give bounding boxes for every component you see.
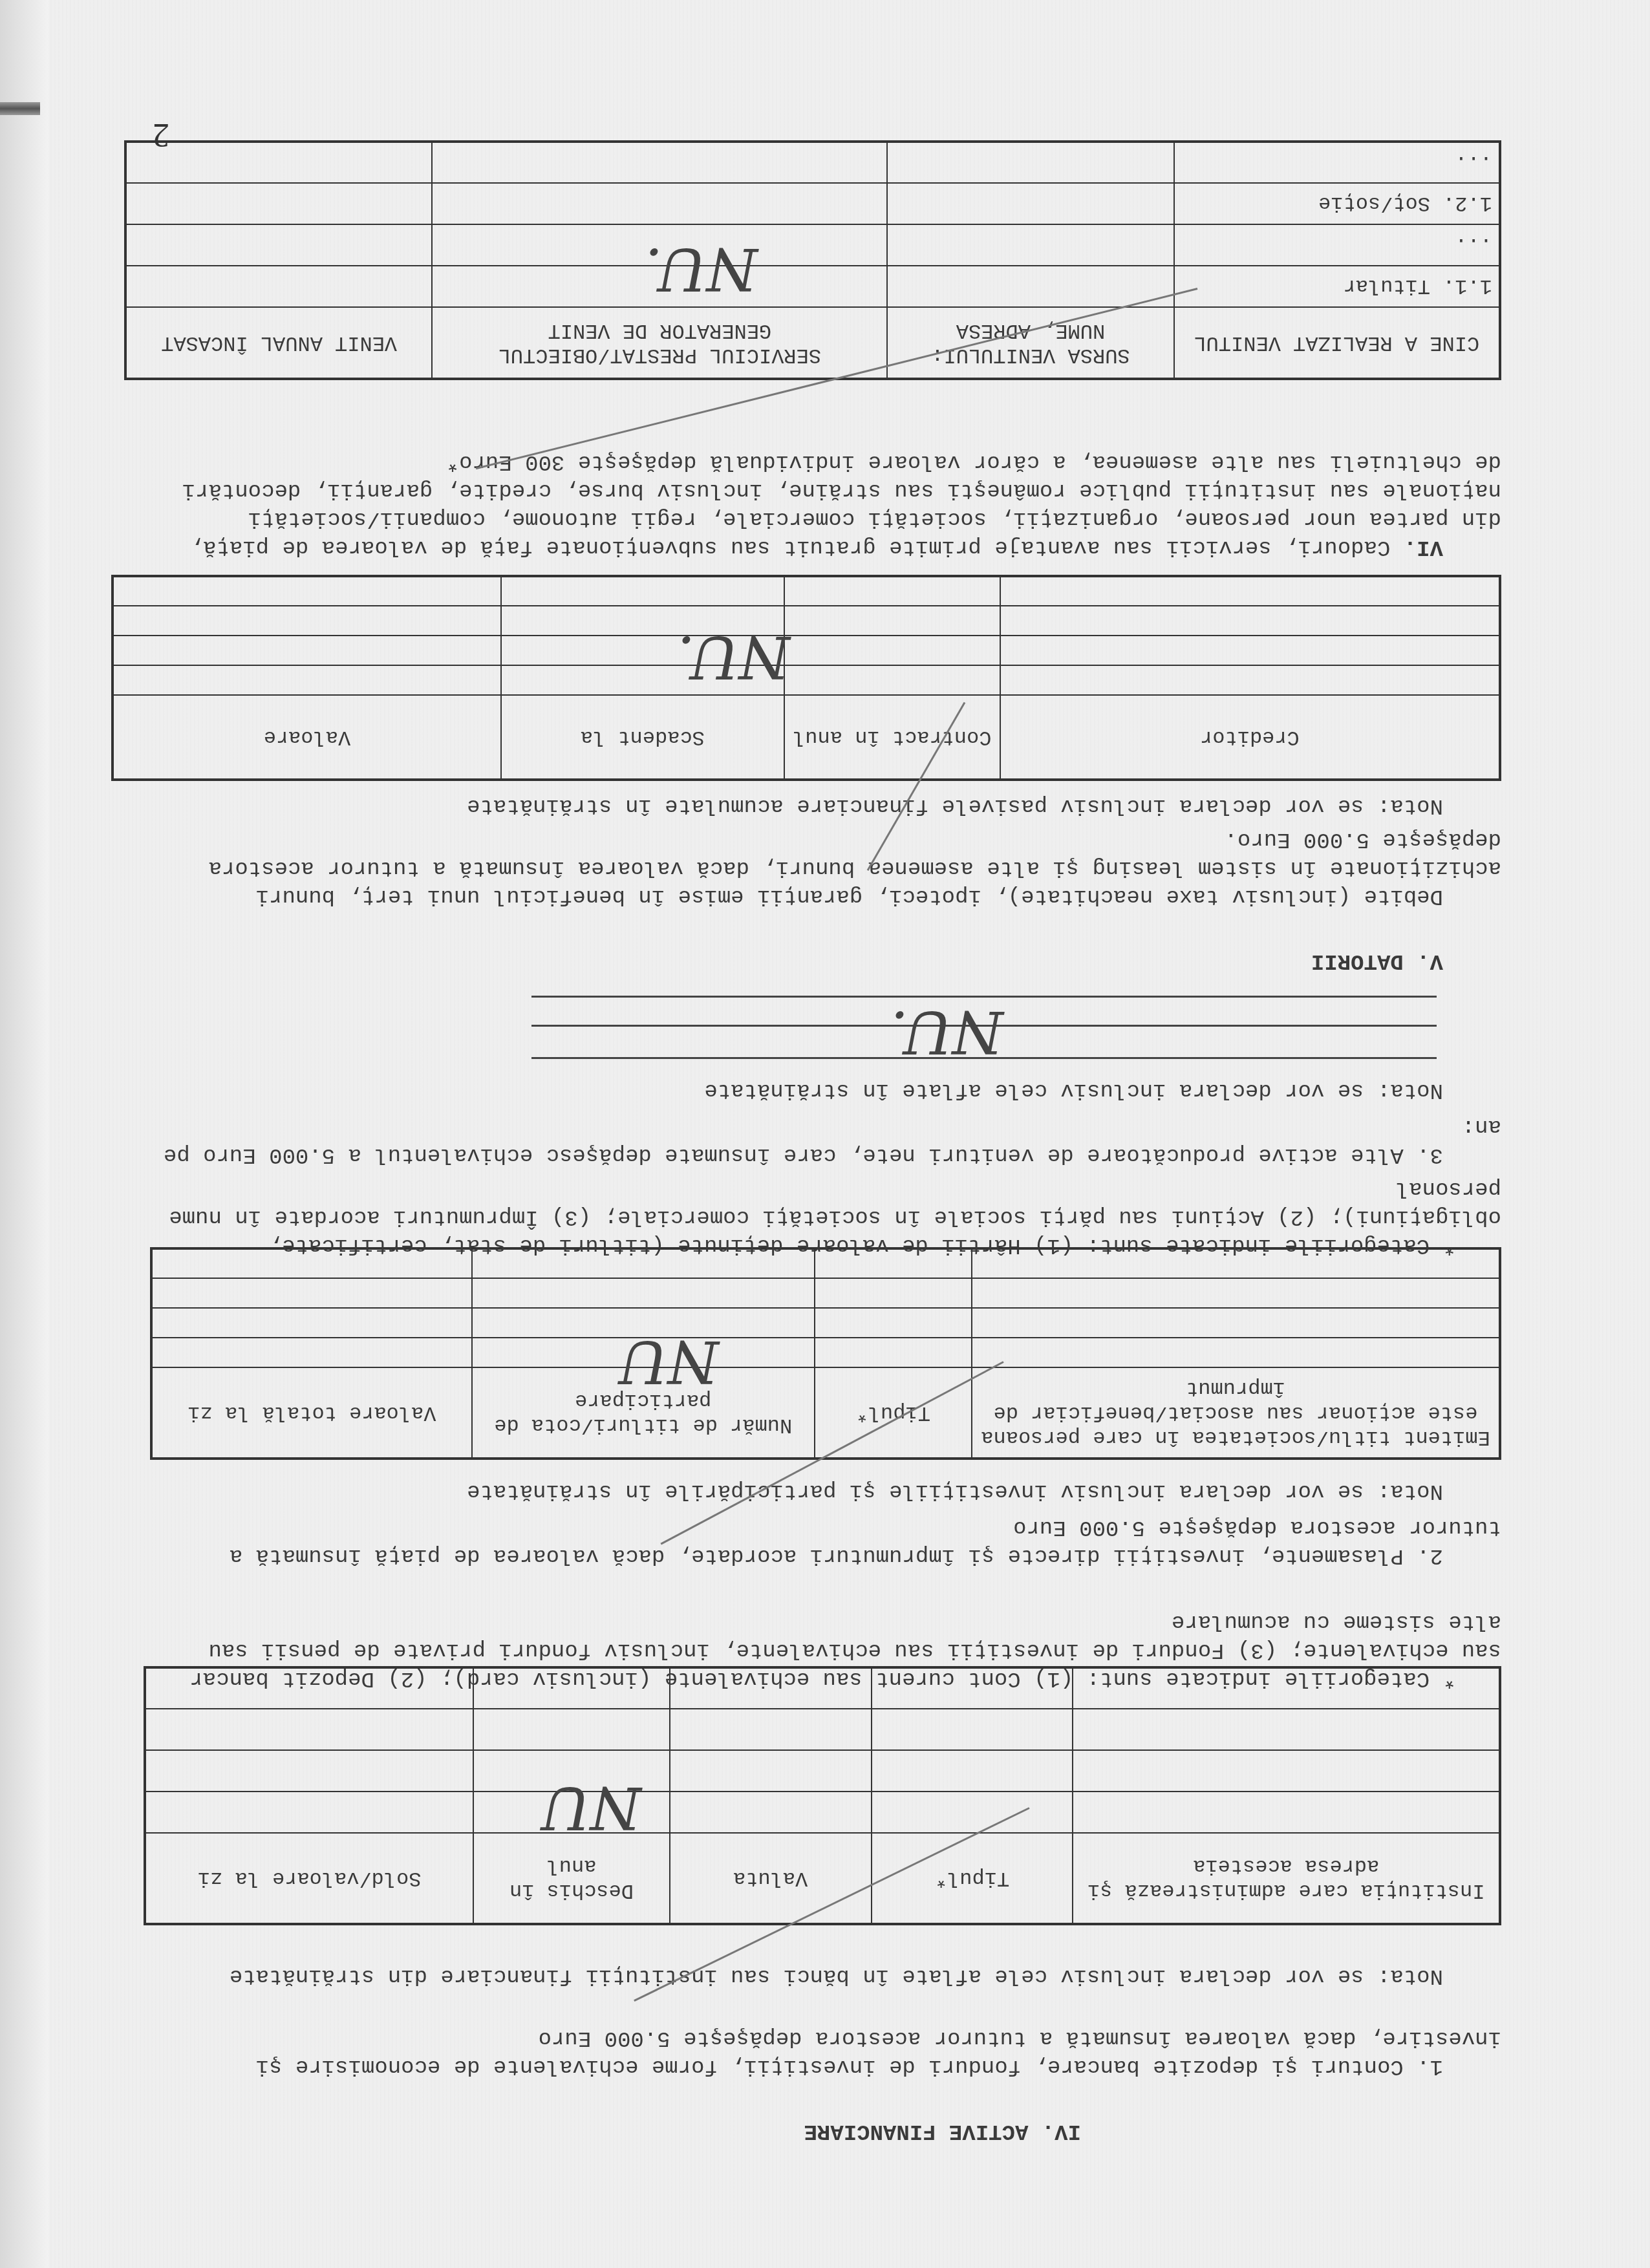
- table-row: ...: [125, 142, 1500, 183]
- cell[interactable]: [125, 183, 432, 224]
- page-number: 2: [153, 116, 169, 154]
- section-vi-title: VI.: [1404, 535, 1443, 559]
- cell[interactable]: [112, 636, 501, 665]
- col-header: Sold/valoare la zi: [145, 1833, 473, 1924]
- cell[interactable]: [1000, 636, 1500, 665]
- table-header-row: CINE A REALIZAT VENITUL SURSA VENITULUI:…: [125, 307, 1500, 379]
- handwritten-nu: NU.: [677, 623, 790, 690]
- cell[interactable]: [145, 1750, 473, 1792]
- row-label: ...: [1174, 142, 1500, 183]
- section-iv-item1-note: Nota: se vor declara inclusiv cele aflat…: [144, 1962, 1501, 1990]
- cell[interactable]: [670, 1709, 872, 1750]
- col-header: Valoare totală la zi: [151, 1367, 472, 1459]
- cell[interactable]: [784, 665, 1000, 695]
- cell[interactable]: [125, 224, 432, 266]
- col-header: Contract în anul: [784, 695, 1000, 780]
- cell[interactable]: [784, 576, 1000, 606]
- col-header: CINE A REALIZAT VENITUL: [1174, 307, 1500, 379]
- cell[interactable]: [112, 665, 501, 695]
- cell[interactable]: [872, 1792, 1073, 1833]
- col-header: Scadent la: [501, 695, 784, 780]
- cell[interactable]: [112, 606, 501, 636]
- table-header-row: Instituţia care administrează şi adresa …: [145, 1833, 1500, 1924]
- cell[interactable]: [815, 1308, 972, 1338]
- cell[interactable]: [151, 1278, 472, 1308]
- table-row: 1.2. Soţ/soţie: [125, 183, 1500, 224]
- cell[interactable]: [815, 1338, 972, 1367]
- cell[interactable]: [1073, 1792, 1500, 1833]
- table-row: [112, 606, 1500, 636]
- cell[interactable]: [1000, 576, 1500, 606]
- cell[interactable]: [501, 576, 784, 606]
- table-row: [145, 1750, 1500, 1792]
- cell[interactable]: [784, 606, 1000, 636]
- paper-sheet: IV. ACTIVE FINANCIARE 1. Conturi şi depo…: [48, 0, 1650, 2268]
- scanned-page-rotated: IV. ACTIVE FINANCIARE 1. Conturi şi depo…: [0, 0, 1650, 2268]
- handwritten-nu: NU.: [890, 998, 1003, 1065]
- cell[interactable]: [972, 1308, 1500, 1338]
- section-v-note: Nota: se vor declara inclusiv pasivele f…: [144, 791, 1501, 820]
- table-row: [112, 636, 1500, 665]
- cell[interactable]: [1000, 665, 1500, 695]
- section-v-title: V. DATORII: [1311, 947, 1443, 975]
- col-header: Tipul*: [815, 1367, 972, 1459]
- row-label: 1.2. Soţ/soţie: [1174, 183, 1500, 224]
- investments-table: Emitent titlu/societatea în care persoan…: [150, 1247, 1501, 1460]
- col-header: SURSA VENITULUI: NUME, ADRESA: [887, 307, 1173, 379]
- section-iv-item1-footnote: * Categoriile indicate sunt: (1) Cont cu…: [144, 1607, 1501, 1693]
- col-header: VENIT ANUAL ÎNCASAT: [125, 307, 432, 379]
- cell[interactable]: [145, 1709, 473, 1750]
- col-header: SERVICIUL PRESTAT/OBIECTUL GENERATOR DE …: [432, 307, 887, 379]
- cell[interactable]: [887, 266, 1173, 307]
- col-header: Creditor: [1000, 695, 1500, 780]
- section-iv-item3-text: 3. Alte active producătoare de venituri …: [144, 1112, 1501, 1169]
- cell[interactable]: [151, 1308, 472, 1338]
- table-row: [151, 1278, 1500, 1308]
- cell[interactable]: [972, 1278, 1500, 1308]
- cell[interactable]: [887, 142, 1173, 183]
- cell[interactable]: [670, 1792, 872, 1833]
- handwritten-nu: NU: [541, 1773, 641, 1841]
- table-row: [151, 1338, 1500, 1367]
- cell[interactable]: [145, 1792, 473, 1833]
- section-v-text: Debite (inclusiv taxe neachitate), ipote…: [144, 825, 1501, 910]
- table-row: [112, 576, 1500, 606]
- section-iv-item2-footnote: * Categoriile indicate sunt: (1) Hârtii …: [144, 1174, 1501, 1259]
- table-row: [145, 1792, 1500, 1833]
- col-header: Emitent titlu/societatea în care persoan…: [972, 1367, 1500, 1459]
- table-row: [151, 1308, 1500, 1338]
- cell[interactable]: [125, 142, 432, 183]
- bank-accounts-table: Instituţia care administrează şi adresa …: [144, 1666, 1501, 1925]
- section-iv-item3-note: Nota: se vor declara inclusiv cele aflat…: [144, 1076, 1501, 1104]
- section-iv-title: IV. ACTIVE FINANCIARE: [804, 2117, 1081, 2145]
- cell[interactable]: [887, 183, 1173, 224]
- cell[interactable]: [670, 1750, 872, 1792]
- cell[interactable]: [432, 142, 887, 183]
- table-row: [145, 1709, 1500, 1750]
- cell[interactable]: [473, 1709, 669, 1750]
- scanner-edge-mark: [0, 102, 40, 115]
- cell[interactable]: [1073, 1709, 1500, 1750]
- handwritten-nu: NU: [619, 1327, 719, 1395]
- cell[interactable]: [1073, 1750, 1500, 1792]
- col-header: Tipul*: [872, 1833, 1073, 1924]
- cell[interactable]: [151, 1338, 472, 1367]
- row-label: 1.1. Titular: [1174, 266, 1500, 307]
- cell[interactable]: [112, 576, 501, 606]
- section-vi-text: VI. Cadouri, servicii sau avantaje primi…: [144, 447, 1501, 561]
- section-iv-item1-text: 1. Conturi şi depozite bancare, fonduri …: [144, 2024, 1501, 2081]
- col-header: Valoare: [112, 695, 501, 780]
- section-iv-item2-note: Nota: se vor declara inclusiv investiţii…: [144, 1477, 1501, 1505]
- section-iv-item2-text: 2. Plasamente, investiţii directe şi împ…: [144, 1513, 1501, 1570]
- cell[interactable]: [125, 266, 432, 307]
- table-row: ...: [125, 224, 1500, 266]
- cell[interactable]: [872, 1709, 1073, 1750]
- table-header-row: Creditor Contract în anul Scadent la Val…: [112, 695, 1500, 780]
- handwritten-nu: NU.: [645, 235, 758, 303]
- table-header-row: Emitent titlu/societatea în care persoan…: [151, 1367, 1500, 1459]
- gifts-table: CINE A REALIZAT VENITUL SURSA VENITULUI:…: [124, 140, 1501, 380]
- cell[interactable]: [1000, 606, 1500, 636]
- cell[interactable]: [432, 183, 887, 224]
- scanner-edge: [0, 0, 48, 2268]
- col-header: Valuta: [670, 1833, 872, 1924]
- cell[interactable]: [887, 224, 1173, 266]
- table-row: 1.1. Titular: [125, 266, 1500, 307]
- cell[interactable]: [472, 1278, 815, 1308]
- cell[interactable]: [972, 1338, 1500, 1367]
- debts-table: Creditor Contract în anul Scadent la Val…: [111, 575, 1501, 781]
- col-header: Instituţia care administrează şi adresa …: [1073, 1833, 1500, 1924]
- col-header: Deschis în anul: [473, 1833, 669, 1924]
- cell[interactable]: [784, 636, 1000, 665]
- section-vi-body: Cadouri, servicii sau avantaje primite g…: [182, 449, 1501, 559]
- cell[interactable]: [815, 1278, 972, 1308]
- table-row: [112, 665, 1500, 695]
- cell[interactable]: [872, 1750, 1073, 1792]
- row-label: ...: [1174, 224, 1500, 266]
